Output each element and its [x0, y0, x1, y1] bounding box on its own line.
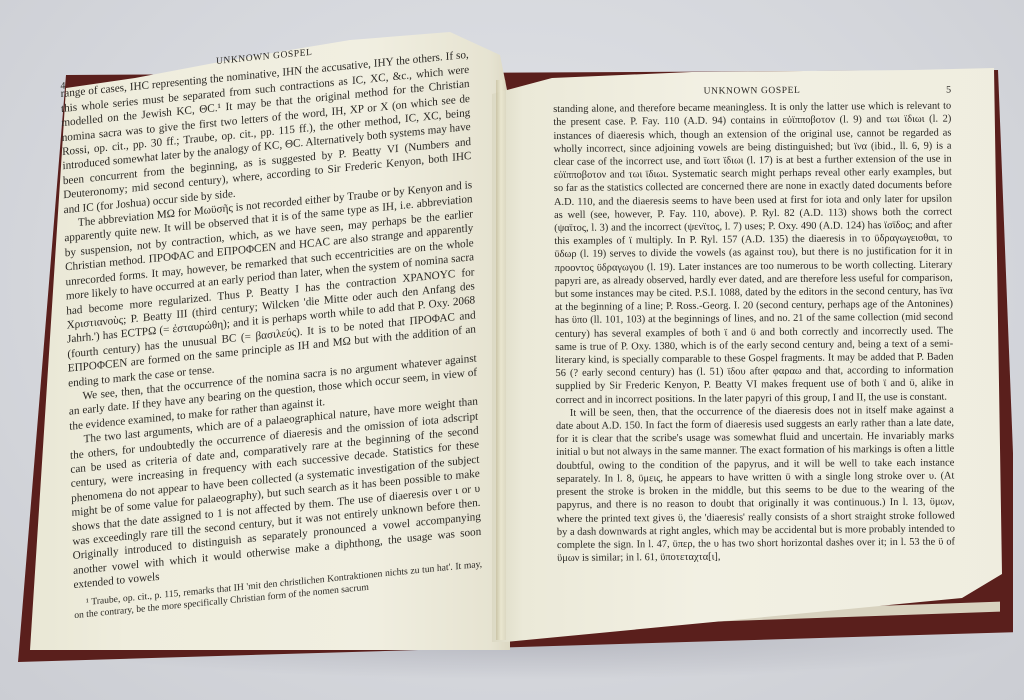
right-page-text: UNKNOWN GOSPEL 5 standing alone, and the…: [553, 84, 955, 566]
page-number: 5: [946, 84, 951, 97]
paragraph: standing alone, and therefore became mea…: [553, 100, 954, 407]
paragraph: It will be seen, then, that the occurren…: [556, 403, 955, 565]
page-number: 4: [60, 80, 65, 95]
book-gutter: [496, 80, 506, 640]
running-head: UNKNOWN GOSPEL: [553, 84, 951, 101]
left-page-text: UNKNOWN GOSPEL 4 range of cases, IHC rep…: [60, 31, 483, 623]
